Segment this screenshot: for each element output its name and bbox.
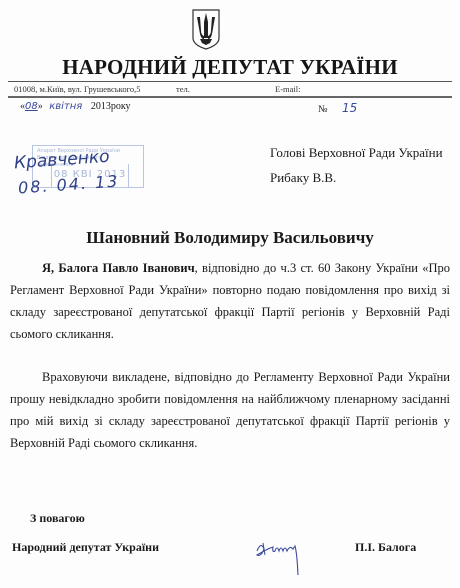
date-year: 2013року (91, 101, 131, 112)
date-day: 08 (25, 101, 38, 112)
letter-date: «08» квітня 2013року (20, 101, 131, 112)
body-paragraph-2-text: Враховуючи викладене, відповідно до Регл… (10, 370, 450, 450)
recipient-title: Голові Верховної Ради України (270, 145, 443, 161)
date-month: квітня (49, 101, 82, 112)
body-paragraph-2: Враховуючи викладене, відповідно до Регл… (10, 366, 450, 454)
letterhead-address: 01008, м.Київ, вул. Грушевського,5 (14, 84, 140, 94)
author-name: Я, Балога Павло Іванович (42, 261, 195, 275)
date-close-quote: » (38, 101, 43, 112)
greeting: Шановний Володимиру Васильовичу (0, 228, 460, 248)
signer-name: П.І. Балога (355, 540, 416, 555)
letterhead-tel-label: тел. (176, 84, 190, 94)
closing-regards: З повагою (30, 511, 85, 526)
letterhead-divider-bottom (8, 96, 452, 98)
recipient-name: Рибаку В.В. (270, 170, 336, 186)
letterhead-title: НАРОДНИЙ ДЕПУТАТ УКРАЇНИ (0, 55, 460, 80)
number-value: 15 (342, 101, 357, 115)
letterhead-email-label: E-mail: (275, 84, 301, 94)
letterhead-divider-top (8, 81, 452, 82)
body-paragraph-1: Я, Балога Павло Іванович, відповідно до … (10, 257, 450, 345)
trident-emblem-icon (191, 8, 221, 50)
number-label: № (318, 104, 328, 115)
signer-role: Народний депутат України (12, 540, 159, 555)
handwritten-signature (253, 535, 308, 580)
letter-number: № 15 (318, 101, 357, 115)
